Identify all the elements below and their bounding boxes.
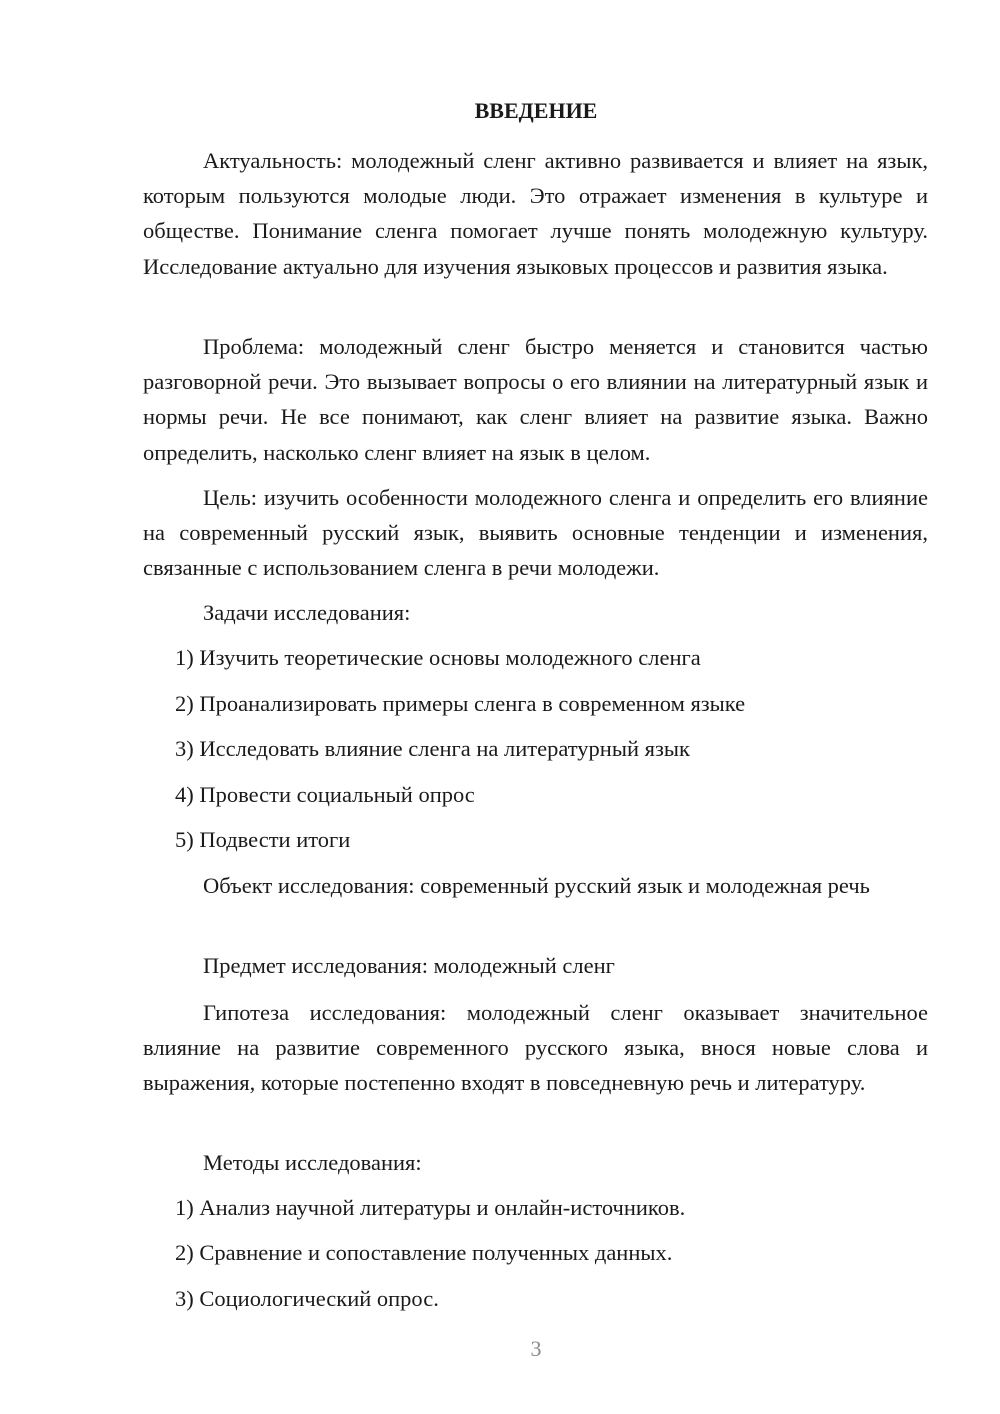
method-item: 2) Сравнение и сопоставление полученных … [175, 1238, 672, 1268]
hypothesis-paragraph: Гипотеза исследования: молодежный сленг … [143, 995, 928, 1101]
object-paragraph: Объект исследования: современный русский… [143, 868, 928, 903]
task-item: 4) Провести социальный опрос [175, 780, 475, 810]
method-item: 1) Анализ научной литературы и онлайн-ис… [175, 1193, 685, 1223]
relevance-paragraph: Актуальность: молодежный сленг активно р… [143, 143, 928, 284]
subject-line: Предмет исследования: молодежный сленг [203, 951, 615, 981]
method-item: 3) Социологический опрос. [175, 1284, 439, 1314]
problem-paragraph: Проблема: молодежный сленг быстро меняет… [143, 329, 928, 470]
task-item: 3) Исследовать влияние сленга на литерат… [175, 734, 690, 764]
task-item: 2) Проанализировать примеры сленга в сов… [175, 689, 745, 719]
page-number: 3 [0, 1334, 1000, 1364]
tasks-heading: Задачи исследования: [203, 598, 410, 628]
task-item: 5) Подвести итоги [175, 825, 350, 855]
methods-heading: Методы исследования: [203, 1148, 422, 1178]
document-page: ВВЕДЕНИЕ Актуальность: молодежный сленг … [0, 0, 1000, 1414]
section-title: ВВЕДЕНИЕ [0, 96, 1000, 126]
task-item: 1) Изучить теоретические основы молодежн… [175, 643, 701, 673]
goal-paragraph: Цель: изучить особенности молодежного сл… [143, 480, 928, 586]
